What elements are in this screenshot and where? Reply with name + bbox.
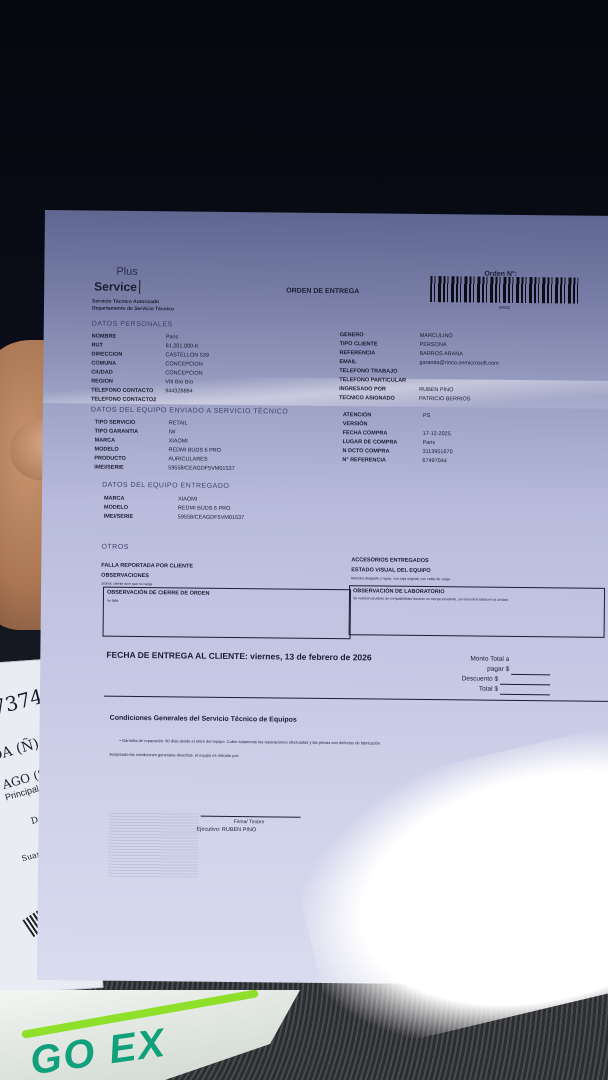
field-row: IMEI/SERIE59558/CEAGDF5VM01537 xyxy=(104,513,244,523)
stamp-label: Firma/ Timbre xyxy=(234,819,265,825)
field-row: IMEI/SERIE59558/CEAGDF5VM01537 xyxy=(94,464,234,474)
order-barcode xyxy=(430,276,578,304)
field-label: IMEI/SERIE xyxy=(94,464,168,474)
field-value: 67497044 xyxy=(422,457,447,466)
receipt-number: 7374 xyxy=(0,684,45,720)
total-line xyxy=(500,687,550,696)
field-value: Paris xyxy=(166,333,179,342)
subtitle-department: Departamento de Servicio Técnico xyxy=(92,305,174,312)
personal-right: GENEROMARCULINOTIPO CLIENTEPERSONAREFERE… xyxy=(339,331,499,405)
field-value: 81.201.000-K xyxy=(166,342,199,351)
field-value: 3113951670 xyxy=(422,448,452,457)
amount-line xyxy=(511,667,550,675)
delivery-order-document: Plus Service ORDEN DE ENTREGA Orden N°: … xyxy=(37,210,608,986)
field-value: VIII Bío Bío xyxy=(165,378,193,387)
field-value: AURICULARES xyxy=(168,455,207,464)
document-title: ORDEN DE ENTREGA xyxy=(286,288,359,296)
lab-obs-text: Se realizan pruebas de compatibilidad du… xyxy=(353,596,509,602)
field-value: BARROS ARANA xyxy=(419,350,462,359)
field-value: PATRICIO BERRIOS xyxy=(419,395,471,405)
field-row: TECNICO ASIGNADOPATRICIO BERRIOS xyxy=(339,394,498,405)
logo-top: Plus xyxy=(116,267,140,278)
field-value: IW xyxy=(169,428,176,437)
field-value: XIAOMI xyxy=(178,495,197,504)
receipt-line: DA (Ñ) xyxy=(0,736,41,765)
field-value: 59558/CEAGDF5VM01537 xyxy=(178,513,244,523)
field-row: N° REFERENCIA67497044 xyxy=(342,456,452,466)
client-signature-line xyxy=(457,815,557,817)
order-number: 69532 xyxy=(499,305,510,310)
field-value: garantia@rinco.onmicrosoft.com xyxy=(419,359,498,369)
closing-obs-text: no falla xyxy=(107,599,118,603)
discount-label: Descuento $ xyxy=(462,674,499,684)
section-equipment-sent: DATOS DEL EQUIPO ENVIADO A SERVICIO TÉCN… xyxy=(91,406,288,415)
visual-state-text: Muestra desgaste y rayas, con caja origi… xyxy=(351,576,450,581)
conditions-bullet-text: Garantía de reparación: 90 días desde el… xyxy=(122,738,381,746)
equipment-sent-right: ATENCIÓNPSVERSIÓNFECHA COMPRA17-12-2025L… xyxy=(342,411,453,466)
field-value: 59558/CEAGDF5VM01537 xyxy=(168,464,234,474)
conditions-accept: Aceptando las condiciones generales desc… xyxy=(109,752,239,758)
client-signature-label: FIRMA DEL CLIENTE xyxy=(471,818,520,825)
field-value: PS xyxy=(423,412,430,421)
field-value: RUBEN PINO xyxy=(419,386,453,395)
field-value: CONCEPCION xyxy=(165,369,202,378)
lab-obs-label: OBSERVACIÓN DE LABORATORIO xyxy=(353,588,445,595)
field-value: XIAOMI xyxy=(169,437,188,446)
field-label: TECNICO ASIGNADO xyxy=(339,394,419,404)
field-value: 17-12-2025 xyxy=(423,430,451,439)
stamp-signature-line xyxy=(201,816,301,818)
stamp-area xyxy=(108,811,199,878)
lab-observation-box: OBSERVACIÓN DE LABORATORIO Se realizan p… xyxy=(349,585,606,638)
conditions-bullet: • Garantía de reparación: 90 días desde … xyxy=(119,738,381,746)
amount-label: Monto Total a pagar $ xyxy=(460,654,509,675)
field-label: N° REFERENCIA xyxy=(342,456,422,466)
totals: Monto Total a pagar $ Descuento $ Total … xyxy=(460,654,550,695)
observations-label: OBSERVACIONES xyxy=(101,573,149,580)
field-label: TELEFONO CONTACTO2 xyxy=(91,395,165,405)
field-value: 944328884 xyxy=(165,387,193,396)
field-value: MARCULINO xyxy=(420,332,453,341)
section-equipment-delivered: DATOS DEL EQUIPO ENTREGADO xyxy=(102,482,229,490)
plus-service-logo: Plus Service xyxy=(94,267,140,296)
executive-name: Ejecutivo: RUBEN PINO xyxy=(196,827,256,834)
section-others: OTROS xyxy=(101,544,128,551)
fault-label: FALLA REPORTADA POR CLIENTE xyxy=(101,563,193,570)
equipment-sent-left: TIPO SERVICIORETAILTIPO GARANTIAIWMARCAX… xyxy=(94,419,235,474)
field-value: RETAIL xyxy=(169,419,188,428)
closing-obs-label: OBSERVACIÓN DE CIERRE DE ORDEN xyxy=(107,590,210,597)
equipment-delivered: MARCAXIAOMIMODELOREDMI BUDS 6 PROIMEI/SE… xyxy=(104,495,245,523)
field-row: TELEFONO CONTACTO2 xyxy=(91,395,209,405)
closing-observation-box: OBSERVACIÓN DE CIERRE DE ORDEN no falla xyxy=(103,587,352,640)
field-value: Paris xyxy=(423,439,436,448)
divider xyxy=(104,696,608,702)
subtitle-authorized: Servicio Técnico Autorizado xyxy=(92,298,159,305)
visual-state-label: ESTADO VISUAL DEL EQUIPO xyxy=(351,567,431,574)
logo-bottom: Service xyxy=(94,280,140,294)
field-value: CASTELLON 539 xyxy=(165,351,209,360)
accessories-label: ACCESORIOS ENTREGADOS xyxy=(351,557,428,564)
field-value: PERSONA xyxy=(420,341,447,350)
personal-left: NOMBREParisRUT81.201.000-KDIRECCIONCASTE… xyxy=(91,332,209,405)
field-label: IMEI/SERIE xyxy=(104,513,178,523)
section-personal: DATOS PERSONALES xyxy=(92,320,173,328)
delivery-date: FECHA DE ENTREGA AL CLIENTE: viernes, 13… xyxy=(106,650,371,663)
total-label: Total $ xyxy=(479,685,498,695)
observations-text: 3rShot: cliente dice que no carga xyxy=(101,582,152,587)
conditions-title: Condiciones Generales del Servicio Técni… xyxy=(110,715,297,724)
field-value: CONCEPCION xyxy=(165,360,202,369)
discount-line xyxy=(500,677,550,686)
